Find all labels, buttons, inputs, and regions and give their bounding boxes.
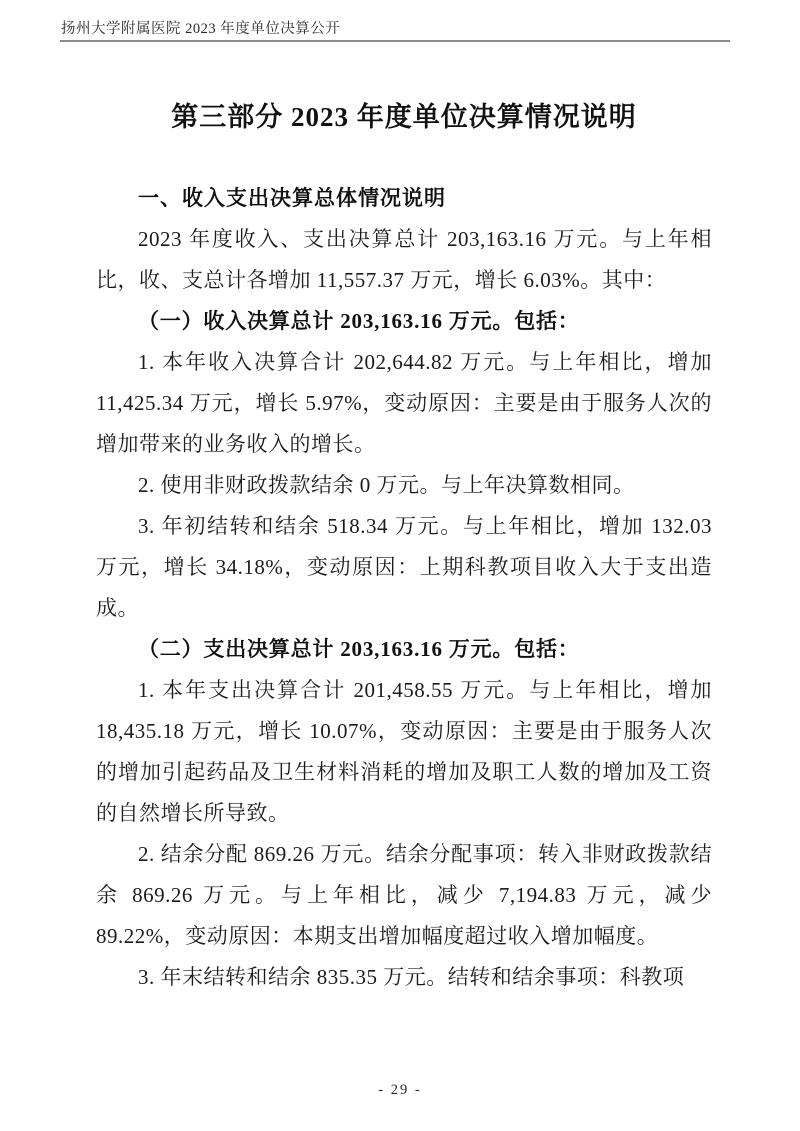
page-footer: - 29 - [0,1082,800,1099]
subsection-heading-income-total: （一）收入决算总计 203,163.16 万元。包括： [96,301,712,342]
paragraph-expense-item-1: 1. 本年支出决算合计 201,458.55 万元。与上年相比，增加 18,43… [96,670,712,834]
document-body: 第三部分 2023 年度单位决算情况说明 一、收入支出决算总体情况说明 2023… [96,86,712,998]
paragraph-expense-item-2: 2. 结余分配 869.26 万元。结余分配事项：转入非财政拨款结余 869.2… [96,834,712,957]
paragraph-income-item-2: 2. 使用非财政拨款结余 0 万元。与上年决算数相同。 [96,465,712,506]
running-header-title: 扬州大学附属医院 2023 年度单位决算公开 [61,17,730,38]
page-title: 第三部分 2023 年度单位决算情况说明 [96,96,712,138]
subsection-heading-expense-total: （二）支出决算总计 203,163.16 万元。包括： [96,629,712,670]
paragraph-total-summary: 2023 年度收入、支出决算总计 203,163.16 万元。与上年相比，收、支… [96,219,712,301]
paragraph-income-item-1: 1. 本年收入决算合计 202,644.82 万元。与上年相比，增加 11,42… [96,342,712,465]
paragraph-income-item-3: 3. 年初结转和结余 518.34 万元。与上年相比，增加 132.03 万元，… [96,506,712,629]
document-page: 扬州大学附属医院 2023 年度单位决算公开 第三部分 2023 年度单位决算情… [0,0,800,1131]
section-heading-overview: 一、收入支出决算总体情况说明 [96,178,712,219]
paragraph-expense-item-3-truncated: 3. 年末结转和结余 835.35 万元。结转和结余事项：科教项 [96,957,712,998]
page-number: - 29 - [378,1082,421,1098]
header-rule-divider [60,40,730,42]
